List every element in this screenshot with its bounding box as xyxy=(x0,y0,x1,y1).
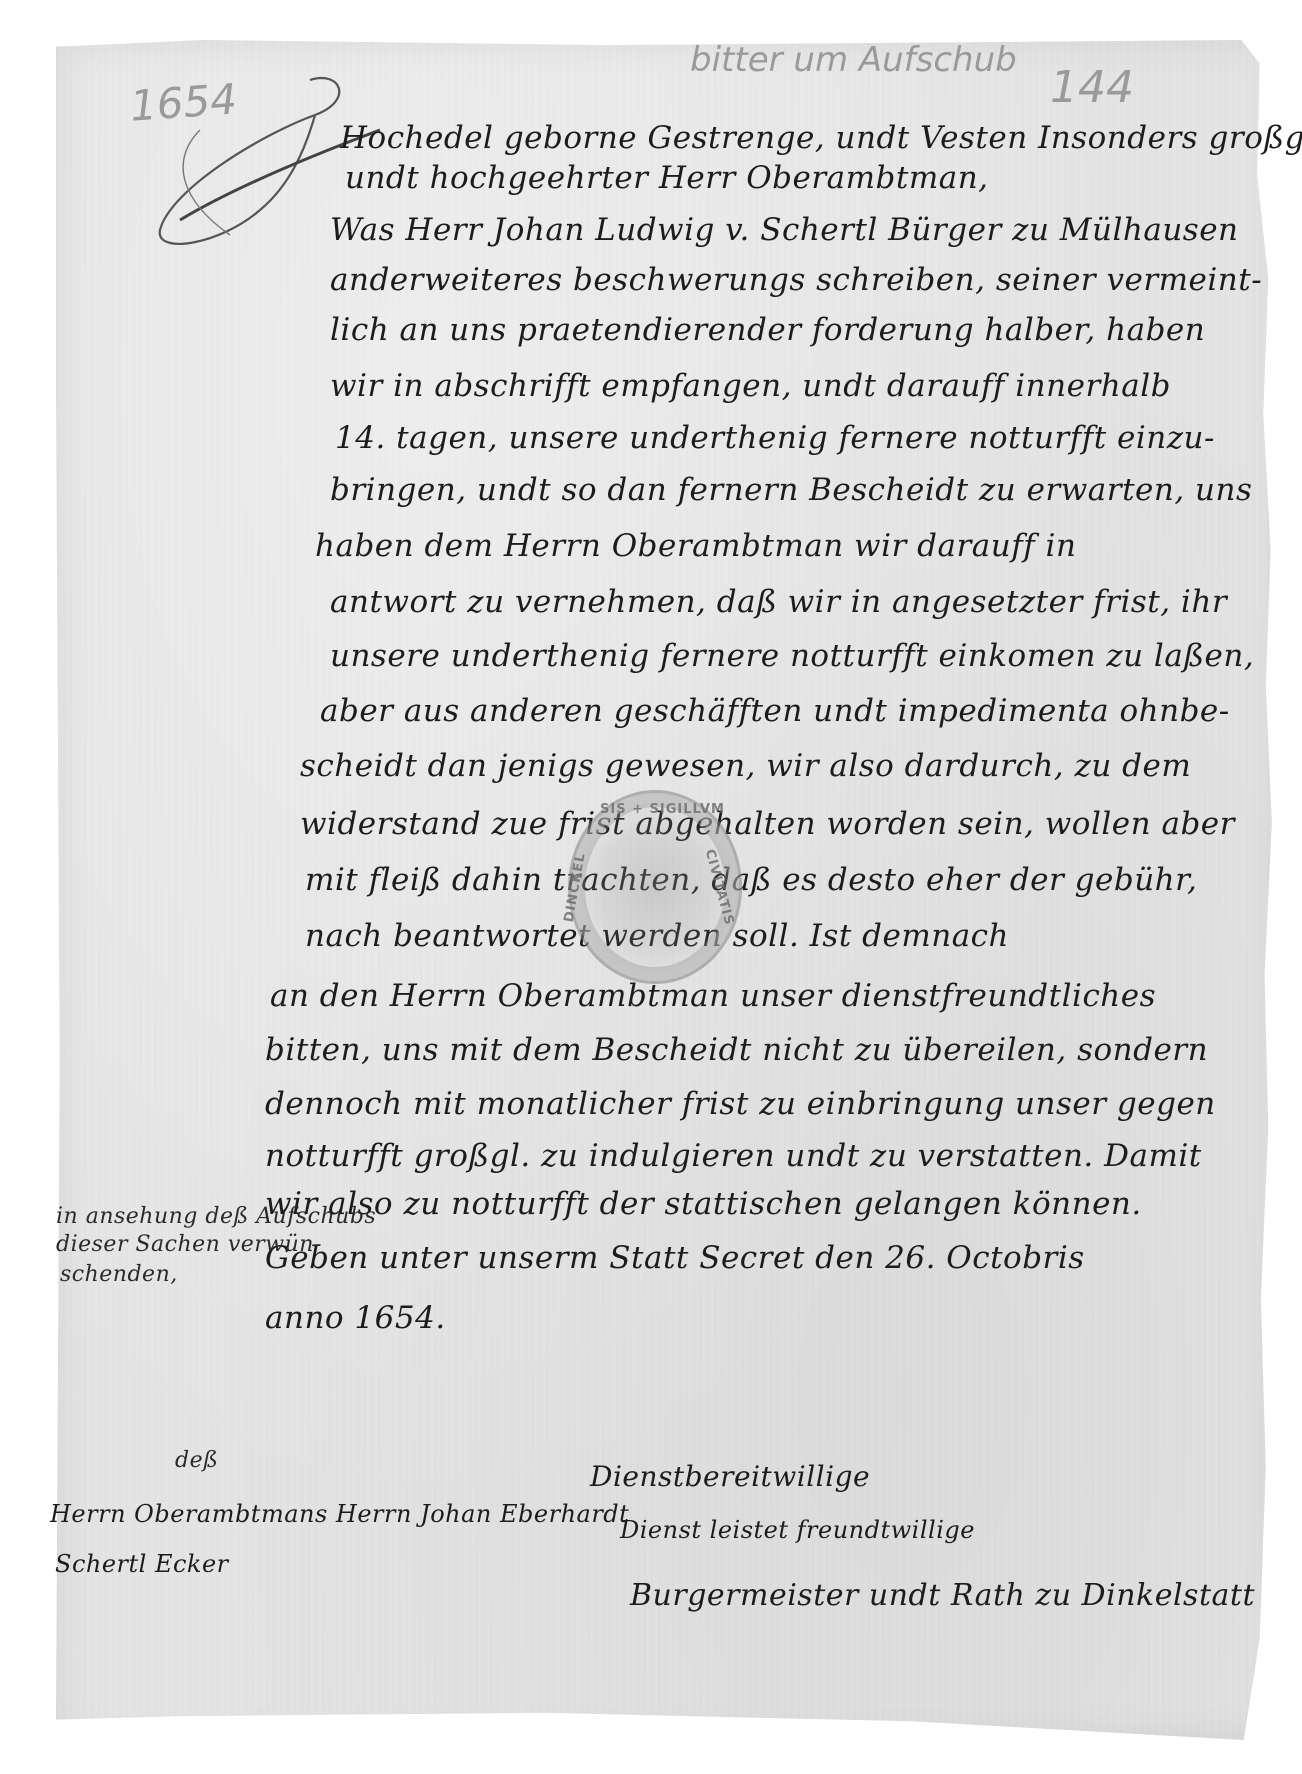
body-line: an den Herrn Oberambtman unser dienstfre… xyxy=(270,978,1156,1014)
body-line: mit fleiß dahin trachten, daß es desto e… xyxy=(305,862,1197,898)
body-line: Geben unter unserm Statt Secret den 26. … xyxy=(265,1240,1085,1276)
salutation-line-1: Hochedel geborne Gestrenge, undt Vesten … xyxy=(340,120,1302,156)
margin-note-line: dieser Sachen verwün- xyxy=(56,1232,322,1257)
body-line: wir also zu notturfft der stattischen ge… xyxy=(265,1186,1142,1222)
folio-number: 144 xyxy=(1050,62,1134,113)
body-line: bitten, uns mit dem Bescheidt nicht zu ü… xyxy=(265,1032,1208,1068)
margin-note-line: in ansehung deß Aufschubs xyxy=(56,1204,376,1229)
body-line: Was Herr Johan Ludwig v. Schertl Bürger … xyxy=(330,212,1239,248)
body-line: 14. tagen, unsere underthenig fernere no… xyxy=(335,420,1215,456)
closing-formula-1: Dienstbereitwillige xyxy=(590,1460,870,1493)
body-line: dennoch mit monatlicher frist zu einbrin… xyxy=(265,1086,1216,1122)
body-line: unsere underthenig fernere notturfft ein… xyxy=(330,638,1254,674)
body-line: notturfft großgl. zu indulgieren undt zu… xyxy=(265,1138,1202,1174)
body-line: scheidt dan jenigs gewesen, wir also dar… xyxy=(300,748,1191,784)
body-line: haben dem Herrn Oberambtman wir darauff … xyxy=(315,528,1076,564)
date-line: anno 1654. xyxy=(265,1300,446,1336)
body-line: wir in abschrifft empfangen, undt darauf… xyxy=(330,368,1171,404)
salutation-line-2: undt hochgeehrter Herr Oberambtman, xyxy=(345,160,989,196)
seal-legend-top: SIS + SIGILLVM xyxy=(600,802,725,817)
addressee-prefix: deß xyxy=(175,1448,218,1473)
archival-subject-note: bitter um Aufschub xyxy=(690,40,1017,80)
body-line: lich an uns praetendierender forderung h… xyxy=(330,312,1205,348)
addressee-line: Schertl Ecker xyxy=(55,1550,229,1578)
body-line: widerstand zue frist abgehalten worden s… xyxy=(300,806,1235,842)
signature: Burgermeister undt Rath zu Dinkelstatt xyxy=(630,1578,1255,1613)
margin-note-line: schenden, xyxy=(60,1262,178,1287)
addressee-line: Herrn Oberambtmans Herrn Johan Eberhardt xyxy=(50,1500,629,1528)
body-line: aber aus anderen geschäfften undt impedi… xyxy=(320,693,1230,729)
body-line: bringen, undt so dan fernern Bescheidt z… xyxy=(330,472,1252,508)
body-line: anderweiteres beschwerungs schreiben, se… xyxy=(330,262,1262,298)
body-line: antwort zu vernehmen, daß wir in angeset… xyxy=(330,584,1227,620)
closing-formula-2: Dienst leistet freundtwillige xyxy=(620,1516,975,1544)
